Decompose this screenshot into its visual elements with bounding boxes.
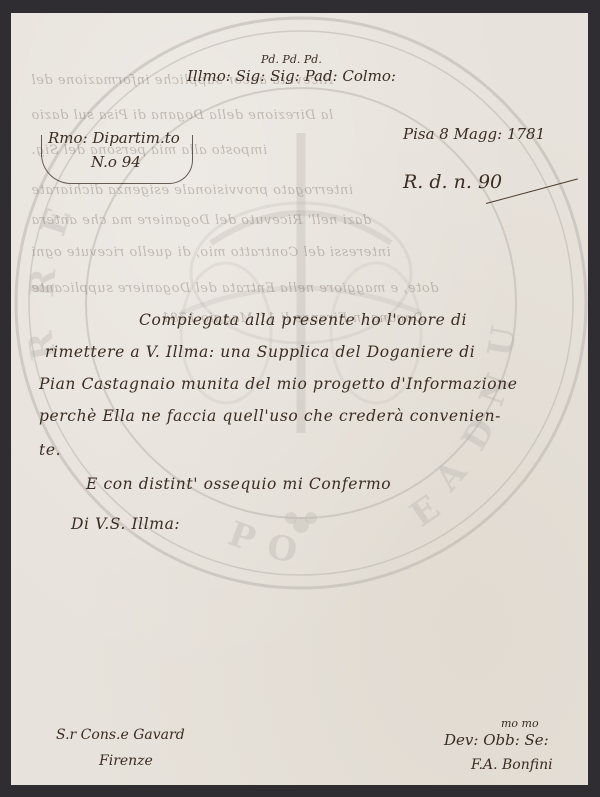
bleed-through-line: interrogato provvisionale esigenza dichi…	[31, 183, 353, 198]
closing-phrase: E con distint' ossequio mi Confermo	[86, 475, 391, 493]
department-label: Rmo: Dipartim.to	[48, 129, 180, 147]
letter-page: E R R P O E A D N U Ricevuta ancor suppl…	[11, 13, 588, 785]
signature-name: F.A. Bonfini	[471, 757, 553, 773]
recipient-name: S.r Cons.e Gavard	[56, 727, 185, 743]
signature-superscript: mo mo	[501, 717, 539, 730]
svg-text:A: A	[427, 452, 476, 499]
bleed-through-line: interessi del Contratto mio, di quello r…	[31, 245, 391, 260]
signature-closing: Dev: Obb: Se:	[444, 731, 549, 749]
recipient-city: Firenze	[99, 753, 153, 769]
header-salutation: Illmo: Sig: Sig: Pad: Colmo:	[187, 67, 396, 85]
reference-number: N.o 94	[91, 153, 141, 171]
header-superscript: Pd. Pd. Pd.	[261, 53, 322, 66]
svg-text:U: U	[480, 323, 525, 359]
place-date: Pisa 8 Magg: 1781	[403, 125, 545, 143]
body-line: Compiegata alla presente ho l'onore di	[139, 311, 467, 329]
body-line: Pian Castagnaio munita del mio progetto …	[39, 375, 518, 393]
svg-text:E: E	[403, 488, 447, 536]
bleed-through-line: dote, e maggiore nella Entrata del Dogan…	[31, 281, 439, 296]
bleed-through-line: la Direzione della Dogana di Pisa sul da…	[31, 108, 333, 123]
svg-text:P: P	[223, 514, 261, 560]
bleed-through-line: dazi nell' Ricevuto del Doganiere ma che…	[31, 213, 371, 228]
registry-annotation: R. d. n. 90	[403, 171, 502, 193]
body-line: perchè Ella ne faccia quell'uso che cred…	[39, 407, 501, 425]
closing-address: Di V.S. Illma:	[71, 515, 180, 533]
body-line: te.	[39, 441, 61, 459]
svg-text:O: O	[265, 527, 300, 571]
body-line: rimettere a V. Illma: una Supplica del D…	[45, 343, 475, 361]
